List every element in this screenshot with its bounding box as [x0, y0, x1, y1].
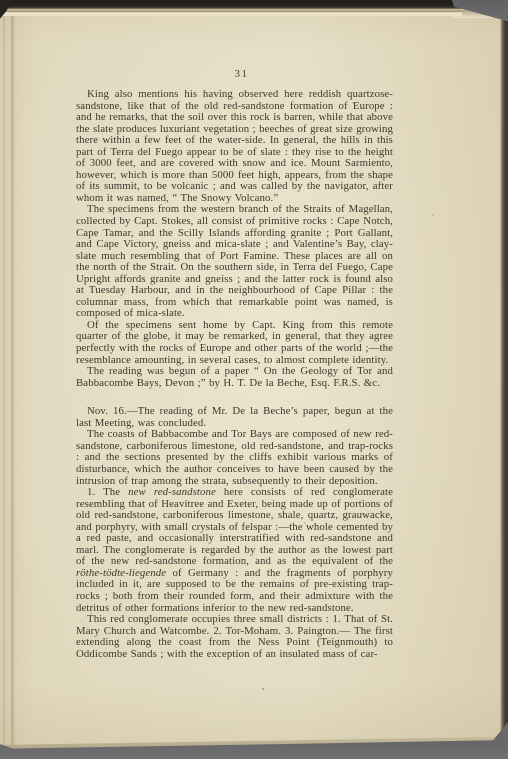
paragraph: The coasts of Babbacombe and Tor Bays ar…: [76, 429, 393, 487]
text-segment: The specimens from the western branch of…: [76, 203, 393, 319]
italic-text-segment: new red-sandstone: [128, 486, 216, 498]
paragraph: King also mentions his having observed h…: [76, 89, 393, 204]
italic-text-segment: röthe-tödte-liegende: [76, 567, 166, 579]
text-segment: The reading was begun of a paper “ On th…: [76, 365, 393, 389]
backdrop-top-right-corner: [452, 0, 508, 26]
paragraph: 1. The new red-sandstone here consists o…: [76, 487, 393, 614]
paper-speckles: [0, 0, 2, 2]
page-content: 31 King also mentions his having observe…: [76, 68, 393, 660]
text-segment: Nov. 16.—The reading of Mr. De la Beche’…: [76, 405, 393, 429]
text-segment: The coasts of Babbacombe and Tor Bays ar…: [76, 428, 393, 486]
backdrop-top-left-corner: [0, 0, 12, 24]
paragraph: Nov. 16.—The reading of Mr. De la Beche’…: [76, 406, 393, 429]
backdrop-bottom-right-corner: [490, 722, 508, 744]
paragraph: The specimens from the western branch of…: [76, 204, 393, 319]
book-top-edge: [0, 0, 462, 16]
text-segment: Of the specimens sent home by Capt. King…: [76, 319, 393, 366]
scanned-book-page-photo: 31 King also mentions his having observe…: [0, 0, 508, 759]
page-fold-line-outer: [3, 14, 6, 748]
page-text: King also mentions his having observed h…: [76, 89, 393, 660]
text-segment: here consists of red conglomerate resemb…: [76, 486, 393, 567]
paragraph: The reading was begun of a paper “ On th…: [76, 366, 393, 389]
backdrop-bottom: [0, 735, 508, 759]
text-segment: King also mentions his having observed h…: [76, 88, 393, 204]
page-number: 31: [90, 68, 393, 80]
book-right-edge-shadow: [500, 16, 508, 744]
paragraph: This red conglomerate occupies three sma…: [76, 614, 393, 660]
page-stack-top-edge: [452, 10, 508, 18]
page-stack-bottom-edge: [0, 731, 508, 755]
text-segment: 1. The: [87, 486, 128, 498]
text-segment: This red conglomerate occupies three sma…: [76, 613, 393, 660]
paragraph: Of the specimens sent home by Capt. King…: [76, 320, 393, 366]
page-fold-line: [10, 14, 15, 748]
